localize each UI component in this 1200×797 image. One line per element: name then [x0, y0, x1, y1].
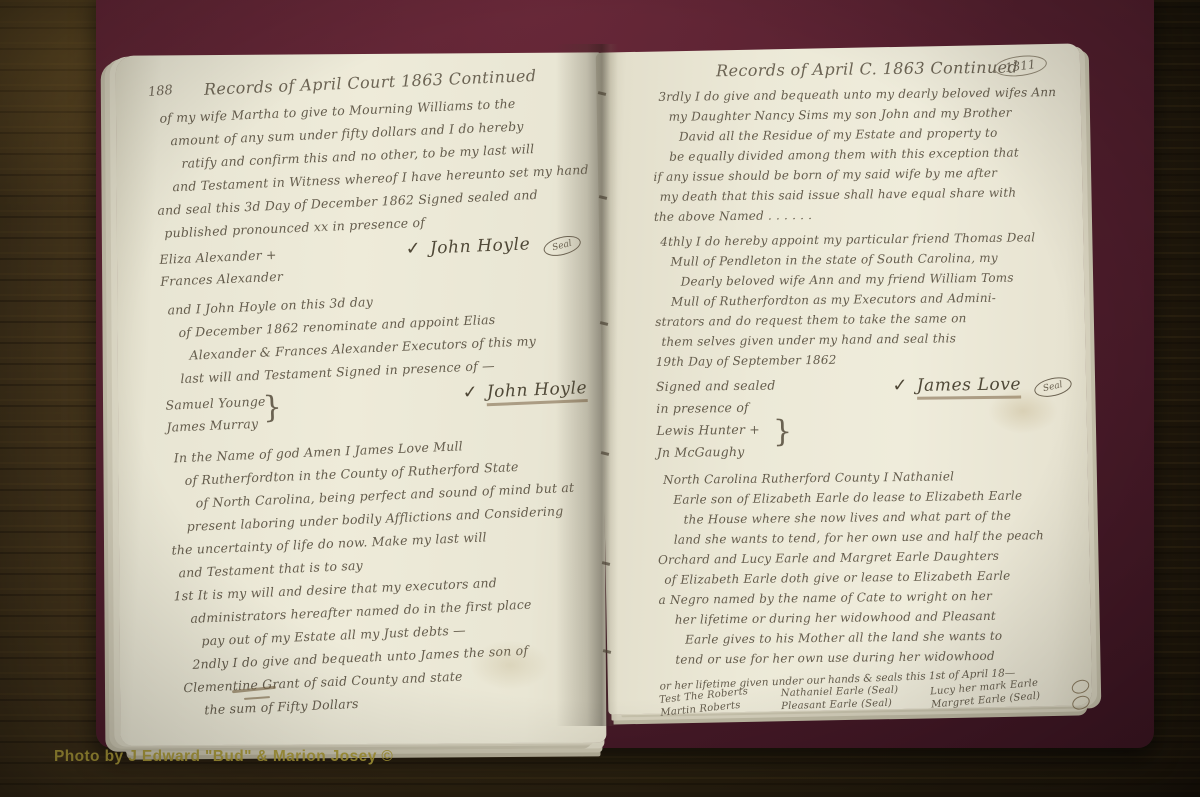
executor-paragraph-4thly: 4thly I do hereby appoint my particular … — [654, 227, 1086, 372]
right-page-header: Records of April C. 1863 Continued — [652, 57, 1082, 81]
handwritten-line: James Murray — [166, 413, 267, 439]
will-of-james-love-mull: In the Name of god Amen I James Love Mul… — [167, 428, 614, 722]
seal-stamp: Seal — [542, 233, 583, 260]
handwritten-line: Lewis Hunter + — [656, 419, 776, 442]
testator-signature-group: ✓ James Love Seal — [892, 373, 1072, 398]
signed-sealed-label: Signed and sealed — [656, 375, 776, 398]
seal-scribble — [1070, 693, 1092, 712]
witness-list: Lewis Hunter +Jn McGaughy — [656, 419, 776, 464]
photo-credit-watermark: Photo by J Edward "Bud" & Marion Josey © — [54, 748, 393, 766]
handwritten-line: Jn McGaughy — [657, 441, 777, 464]
seal-scribble — [1070, 677, 1092, 696]
earle-signatures: Nathaniel Earle (Seal)Pleasant Earle (Se… — [781, 684, 899, 718]
signature-john-hoyle: John Hoyle — [429, 234, 530, 258]
codicil-paragraph: and I John Hoyle on this 3d dayof Decemb… — [161, 281, 600, 391]
witness-list: Samuel YoungeJames Murray — [165, 391, 267, 439]
witness-names: Eliza Alexander +Frances Alexander — [159, 244, 283, 293]
photo-scene: 188 1311 Records of April Court 1863 Con… — [0, 0, 1200, 797]
handwritten-line: 19th Day of September 1862 — [656, 347, 1086, 372]
testator-signature-group: ✓ John Hoyle Seal — [405, 231, 581, 261]
signature-john-hoyle-2: John Hoyle — [486, 378, 587, 406]
attest-witnesses: Test The RobertsMartin Roberts — [659, 685, 751, 725]
earle-signatures-2: Lucy her mark EarleMargret Earle (Seal) — [929, 677, 1041, 717]
pen-flourish: ✓ — [405, 238, 421, 260]
witness-brace: } — [773, 414, 793, 449]
seal-stamp: Seal — [1033, 374, 1074, 400]
handwritten-line: Frances Alexander — [160, 266, 284, 293]
handwritten-line: the above Named . . . . . . — [654, 202, 1084, 227]
pen-flourish: ✓ — [892, 375, 907, 396]
bequest-paragraph-3rdly: 3rdly I do give and bequeath unto my dea… — [652, 82, 1084, 227]
presence-label: in presence of — [656, 397, 776, 420]
witness-brace: } — [262, 390, 283, 426]
signature-james-love: James Love — [917, 375, 1022, 400]
will-paragraph-continuation: of my wife Martha to give to Mourning Wi… — [153, 89, 594, 245]
witness-names: Samuel YoungeJames Murray } — [165, 391, 267, 439]
witness-signature-row: Signed and sealed in presence of Lewis H… — [656, 371, 1087, 464]
earle-lease-paragraph: North Carolina Rutherford County I Natha… — [657, 465, 1089, 670]
handwritten-line: Pleasant Earle (Seal) — [781, 697, 899, 713]
right-page-text: Records of April C. 1863 Continued 3rdly… — [652, 57, 1090, 718]
pen-flourish: ✓ — [462, 382, 478, 404]
left-page-text: Records of April Court 1863 Continued of… — [152, 64, 614, 723]
testator-signature-group: ✓ John Hoyle — [462, 377, 587, 403]
witness-names: Signed and sealed in presence of Lewis H… — [656, 375, 777, 464]
seal-scribbles — [1071, 678, 1090, 710]
